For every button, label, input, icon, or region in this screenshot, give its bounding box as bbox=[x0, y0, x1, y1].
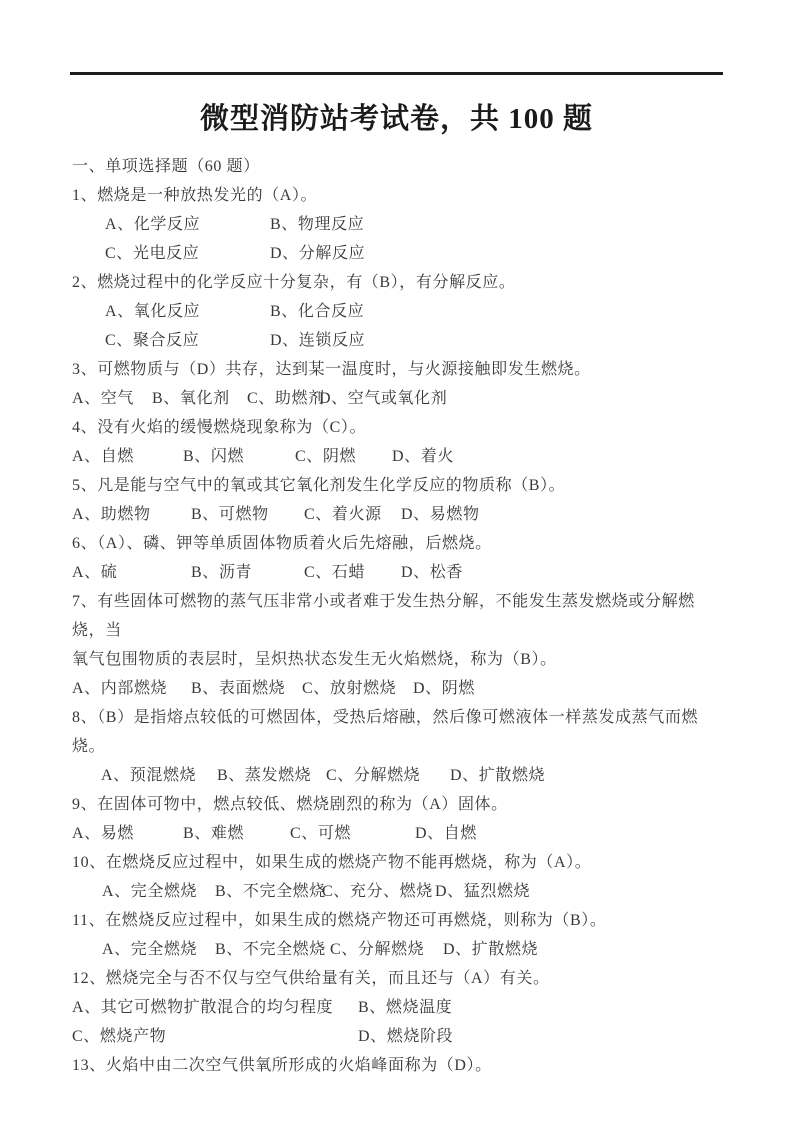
option-row: C、燃烧产物 D、燃烧阶段 bbox=[72, 1022, 723, 1051]
question: 5、凡是能与空气中的氧或其它氧化剂发生化学反应的物质称（B）。 A、助燃物 B、… bbox=[72, 471, 723, 529]
option: D、阴燃 bbox=[413, 674, 475, 703]
option: D、猛烈燃烧 bbox=[435, 877, 530, 906]
option: A、其它可燃物扩散混合的均匀程度 bbox=[72, 993, 333, 1022]
option: B、燃烧温度 bbox=[358, 993, 452, 1022]
question: 12、燃烧完全与否不仅与空气供给量有关，而且还与（A）有关。 A、其它可燃物扩散… bbox=[72, 964, 723, 1051]
option: D、自燃 bbox=[415, 819, 477, 848]
option: B、不完全燃烧 bbox=[215, 877, 326, 906]
option: A、氧化反应 bbox=[105, 297, 200, 326]
option: D、松香 bbox=[401, 558, 463, 587]
exam-title: 微型消防站考试卷，共 100 题 bbox=[0, 98, 793, 140]
question: 10、在燃烧反应过程中，如果生成的燃烧产物不能再燃烧，称为（A）。 A、完全燃烧… bbox=[72, 848, 723, 906]
question: 13、火焰中由二次空气供氧所形成的火焰峰面称为（D）。 bbox=[72, 1051, 723, 1080]
option: B、物理反应 bbox=[270, 210, 364, 239]
option: A、内部燃烧 bbox=[72, 674, 167, 703]
option-row: A、硫 B、沥青 C、石蜡 D、松香 bbox=[72, 558, 723, 587]
question: 4、没有火焰的缓慢燃烧现象称为（C）。 A、自燃 B、闪燃 C、阴燃 D、着火 bbox=[72, 413, 723, 471]
option: A、助燃物 bbox=[72, 500, 151, 529]
option: B、表面燃烧 bbox=[191, 674, 285, 703]
option: C、光电反应 bbox=[105, 239, 199, 268]
option: D、空气或氧化剂 bbox=[319, 384, 447, 413]
question-stem: 10、在燃烧反应过程中，如果生成的燃烧产物不能再燃烧，称为（A）。 bbox=[72, 848, 723, 877]
section-heading: 一、单项选择题（60 题） bbox=[72, 152, 723, 181]
document-page: 微型消防站考试卷，共 100 题 一、单项选择题（60 题） 1、燃烧是一种放热… bbox=[0, 0, 793, 1122]
option: D、扩散燃烧 bbox=[443, 935, 538, 964]
option-row: A、其它可燃物扩散混合的均匀程度 B、燃烧温度 bbox=[72, 993, 723, 1022]
option: A、化学反应 bbox=[105, 210, 200, 239]
question: 8、（B）是指熔点较低的可燃固体，受热后熔融，然后像可燃液体一样蒸发成蒸气而燃烧… bbox=[72, 703, 723, 790]
option: B、沥青 bbox=[191, 558, 252, 587]
option-row: C、光电反应 D、分解反应 bbox=[72, 239, 723, 268]
question-stem: 9、在固体可物中，燃点较低、燃烧剧烈的称为（A）固体。 bbox=[72, 790, 723, 819]
option: A、完全燃烧 bbox=[102, 877, 197, 906]
option: C、阴燃 bbox=[295, 442, 356, 471]
question-stem: 7、有些固体可燃物的蒸气压非常小或者难于发生热分解，不能发生蒸发燃烧或分解燃烧，… bbox=[72, 587, 723, 645]
option: D、扩散燃烧 bbox=[450, 761, 545, 790]
option-row: A、完全燃烧 B、不完全燃烧 C、充分、燃烧 D、猛烈燃烧 bbox=[72, 877, 723, 906]
question-stem: 3、可燃物质与（D）共存，达到某一温度时，与火源接触即发生燃烧。 bbox=[72, 355, 723, 384]
option: A、自燃 bbox=[72, 442, 134, 471]
option: A、空气 bbox=[72, 384, 134, 413]
option: B、可燃物 bbox=[191, 500, 269, 529]
option: C、聚合反应 bbox=[105, 326, 199, 355]
option-row: C、聚合反应 D、连锁反应 bbox=[72, 326, 723, 355]
option-row: A、氧化反应 B、化合反应 bbox=[72, 297, 723, 326]
option: C、分解燃烧 bbox=[326, 761, 420, 790]
question-stem-continued: 氧气包围物质的表层时，呈炽热状态发生无火焰燃烧，称为（B）。 bbox=[72, 645, 723, 674]
question: 1、燃烧是一种放热发光的（A）。 A、化学反应 B、物理反应 C、光电反应 D、… bbox=[72, 181, 723, 268]
option: D、燃烧阶段 bbox=[358, 1022, 453, 1051]
option: B、氧化剂 bbox=[152, 384, 230, 413]
question-stem: 2、燃烧过程中的化学反应十分复杂，有（B），有分解反应。 bbox=[72, 268, 723, 297]
option-row: A、预混燃烧 B、蒸发燃烧 C、分解燃烧 D、扩散燃烧 bbox=[72, 761, 723, 790]
option-row: A、内部燃烧 B、表面燃烧 C、放射燃烧 D、阴燃 bbox=[72, 674, 723, 703]
question-stem: 5、凡是能与空气中的氧或其它氧化剂发生化学反应的物质称（B）。 bbox=[72, 471, 723, 500]
option: B、难燃 bbox=[183, 819, 244, 848]
question: 11、在燃烧反应过程中，如果生成的燃烧产物还可再燃烧，则称为（B）。 A、完全燃… bbox=[72, 906, 723, 964]
question-stem: 11、在燃烧反应过程中，如果生成的燃烧产物还可再燃烧，则称为（B）。 bbox=[72, 906, 723, 935]
question: 7、有些固体可燃物的蒸气压非常小或者难于发生热分解，不能发生蒸发燃烧或分解燃烧，… bbox=[72, 587, 723, 703]
option: D、着火 bbox=[392, 442, 454, 471]
option: C、放射燃烧 bbox=[302, 674, 396, 703]
question: 2、燃烧过程中的化学反应十分复杂，有（B），有分解反应。 A、氧化反应 B、化合… bbox=[72, 268, 723, 355]
option: C、可燃 bbox=[290, 819, 351, 848]
option: C、充分、燃烧 bbox=[322, 877, 433, 906]
option: A、易燃 bbox=[72, 819, 134, 848]
option: C、燃烧产物 bbox=[72, 1022, 166, 1051]
option-row: A、化学反应 B、物理反应 bbox=[72, 210, 723, 239]
option: B、不完全燃烧 bbox=[215, 935, 326, 964]
option-row: A、自燃 B、闪燃 C、阴燃 D、着火 bbox=[72, 442, 723, 471]
option: D、连锁反应 bbox=[270, 326, 365, 355]
option: B、闪燃 bbox=[183, 442, 244, 471]
question: 6、（A）、磷、钾等单质固体物质着火后先熔融，后燃烧。 A、硫 B、沥青 C、石… bbox=[72, 529, 723, 587]
option: B、化合反应 bbox=[270, 297, 364, 326]
option: D、分解反应 bbox=[270, 239, 365, 268]
option: A、硫 bbox=[72, 558, 117, 587]
question: 3、可燃物质与（D）共存，达到某一温度时，与火源接触即发生燃烧。 A、空气 B、… bbox=[72, 355, 723, 413]
question-stem: 4、没有火焰的缓慢燃烧现象称为（C）。 bbox=[72, 413, 723, 442]
option-row: A、空气 B、氧化剂 C、助燃剂 D、空气或氧化剂 bbox=[72, 384, 723, 413]
option: C、石蜡 bbox=[304, 558, 365, 587]
question: 9、在固体可物中，燃点较低、燃烧剧烈的称为（A）固体。 A、易燃 B、难燃 C、… bbox=[72, 790, 723, 848]
exam-body: 一、单项选择题（60 题） 1、燃烧是一种放热发光的（A）。 A、化学反应 B、… bbox=[72, 152, 723, 1080]
question-stem: 12、燃烧完全与否不仅与空气供给量有关，而且还与（A）有关。 bbox=[72, 964, 723, 993]
option: A、完全燃烧 bbox=[102, 935, 197, 964]
question-stem: 13、火焰中由二次空气供氧所形成的火焰峰面称为（D）。 bbox=[72, 1051, 723, 1080]
option-row: A、完全燃烧 B、不完全燃烧 C、分解燃烧 D、扩散燃烧 bbox=[72, 935, 723, 964]
option: B、蒸发燃烧 bbox=[217, 761, 311, 790]
question-stem: 8、（B）是指熔点较低的可燃固体，受热后熔融，然后像可燃液体一样蒸发成蒸气而燃烧… bbox=[72, 703, 723, 761]
option: A、预混燃烧 bbox=[101, 761, 196, 790]
option-row: A、易燃 B、难燃 C、可燃 D、自燃 bbox=[72, 819, 723, 848]
option: C、分解燃烧 bbox=[330, 935, 424, 964]
option: C、助燃剂 bbox=[247, 384, 325, 413]
question-stem: 6、（A）、磷、钾等单质固体物质着火后先熔融，后燃烧。 bbox=[72, 529, 723, 558]
option: D、易燃物 bbox=[401, 500, 480, 529]
question-stem: 1、燃烧是一种放热发光的（A）。 bbox=[72, 181, 723, 210]
horizontal-rule bbox=[70, 72, 723, 75]
option: C、着火源 bbox=[304, 500, 382, 529]
option-row: A、助燃物 B、可燃物 C、着火源 D、易燃物 bbox=[72, 500, 723, 529]
